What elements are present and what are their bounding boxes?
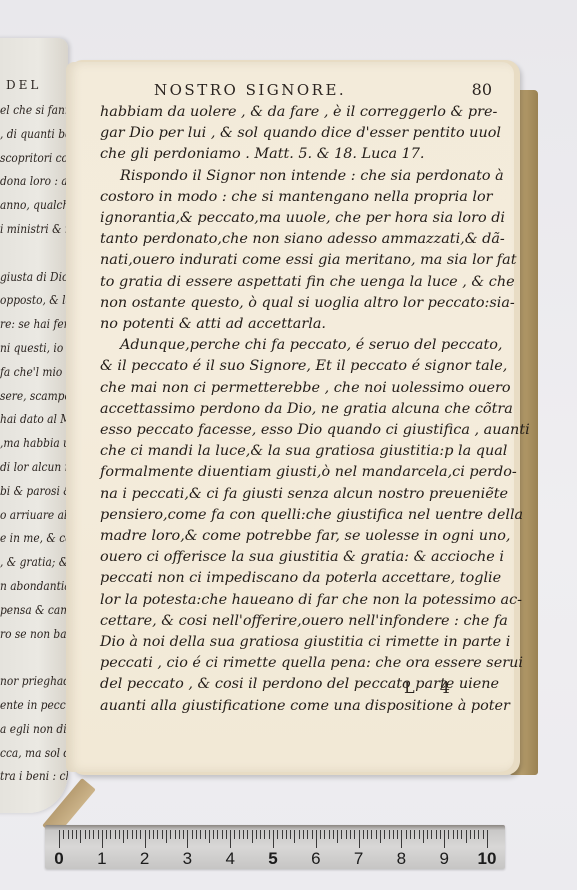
ruler-tick bbox=[363, 830, 364, 839]
text-line: to gratia di essere aspettati fin che ue… bbox=[100, 272, 490, 293]
ruler-tick bbox=[149, 830, 150, 839]
text-line: ouero ci offerisce la sua giustitia & gr… bbox=[100, 547, 490, 568]
left-text-line: opposto, & la ba bbox=[0, 292, 68, 307]
ruler-tick bbox=[384, 830, 385, 839]
text-line: auanti alla giustificatione come una dis… bbox=[100, 696, 490, 717]
ruler-tick bbox=[367, 830, 368, 839]
ruler-tick bbox=[312, 830, 313, 839]
left-text-line: , & gratia; & bbox=[0, 554, 68, 569]
ruler-tick bbox=[453, 830, 454, 839]
ruler-tick bbox=[123, 830, 124, 843]
ruler-tick bbox=[209, 830, 210, 843]
ruler-tick bbox=[294, 830, 295, 843]
ruler-tick bbox=[213, 830, 214, 839]
ruler-tick bbox=[346, 830, 347, 839]
text-line: che mai non ci permetterebbe , che noi u… bbox=[100, 378, 490, 399]
left-text-line: fa che'l mio porta bbox=[0, 364, 68, 379]
ruler-tick bbox=[226, 830, 227, 839]
ruler-tick bbox=[410, 830, 411, 839]
ruler-tick bbox=[89, 830, 90, 839]
ruler-tick bbox=[277, 830, 278, 839]
ruler-tick bbox=[427, 830, 428, 839]
ruler-tick bbox=[166, 830, 167, 843]
left-text-line: giusta di Dio uen bbox=[0, 269, 68, 284]
ruler-tick bbox=[393, 830, 394, 839]
left-text-line: n abondantia lo bbox=[0, 578, 68, 593]
ruler-tick bbox=[461, 830, 462, 839]
ruler-tick bbox=[470, 830, 471, 839]
left-text-line: scopritori con que bbox=[0, 150, 68, 165]
text-line: esso peccato facesse, esso Dio quando ci… bbox=[100, 420, 490, 441]
ruler-tick bbox=[440, 830, 441, 839]
ruler-tick bbox=[256, 830, 257, 839]
running-head: NOSTRO SIGNORE. 80 bbox=[154, 80, 494, 99]
ruler-label: 1 bbox=[92, 849, 112, 869]
ruler-tick bbox=[423, 830, 424, 843]
ruler-tick bbox=[487, 830, 488, 848]
left-text-line: pensa & cambi bbox=[0, 602, 68, 617]
ruler-tick bbox=[483, 830, 484, 839]
ruler-tick bbox=[132, 830, 133, 839]
folio-number: 80 bbox=[472, 80, 492, 99]
text-line: peccati , cio é ci rimette quella pena: … bbox=[100, 653, 490, 674]
right-page: NOSTRO SIGNORE. 80 habbiam da uolere , &… bbox=[66, 62, 514, 772]
text-line: ignorantia,& peccato,ma uuole, che per h… bbox=[100, 208, 490, 229]
text-line: costoro in modo : che si mantengano nell… bbox=[100, 187, 490, 208]
ruler-tick bbox=[72, 830, 73, 839]
ruler-tick bbox=[85, 830, 86, 839]
ruler-tick bbox=[299, 830, 300, 839]
ruler-tick bbox=[350, 830, 351, 839]
left-page: DEL el che si fanno, nõ, di quanti beni … bbox=[0, 38, 68, 813]
ruler-tick bbox=[307, 830, 308, 839]
ruler-tick bbox=[239, 830, 240, 839]
ruler-tick bbox=[290, 830, 291, 839]
ruler-tick bbox=[63, 830, 64, 839]
left-text-line: e in me, & cosi bbox=[0, 530, 68, 545]
ruler-label: 6 bbox=[306, 849, 326, 869]
text-line: pensiero,come fa con quelli:che giustifi… bbox=[100, 505, 490, 526]
ruler-tick bbox=[106, 830, 107, 839]
ruler-tick bbox=[431, 830, 432, 839]
left-running-head: DEL bbox=[6, 78, 41, 92]
ruler-label: 4 bbox=[220, 849, 240, 869]
left-text-line: di lor alcun ma bbox=[0, 459, 68, 474]
ruler-label: 5 bbox=[263, 849, 283, 869]
text-line: formalmente diuentiam giusti,ò nel manda… bbox=[100, 462, 490, 483]
text-line: peccati non ci impediscano da poterla ac… bbox=[100, 568, 490, 589]
ruler-tick bbox=[376, 830, 377, 839]
ruler-tick bbox=[183, 830, 184, 839]
ruler-tick bbox=[98, 830, 99, 839]
text-line: lor la potesta:che haueano di far che no… bbox=[100, 590, 490, 611]
ruler-tick bbox=[397, 830, 398, 839]
ruler-tick bbox=[115, 830, 116, 839]
ruler-tick bbox=[153, 830, 154, 839]
ruler-label: 2 bbox=[135, 849, 155, 869]
signature-mark: L 4 bbox=[404, 678, 460, 697]
ruler-tick bbox=[145, 830, 146, 848]
ruler-tick bbox=[333, 830, 334, 839]
ruler-tick bbox=[389, 830, 390, 839]
text-line: Dio à noi della sua gratiosa giustitia c… bbox=[100, 632, 490, 653]
ruler-tick bbox=[93, 830, 94, 839]
ruler-tick bbox=[140, 830, 141, 839]
ruler-tick bbox=[466, 830, 467, 843]
ruler-tick bbox=[414, 830, 415, 839]
left-text-line: bi & parosi & bbox=[0, 483, 68, 498]
text-line: madre loro,& come potrebbe far, se uoles… bbox=[100, 526, 490, 547]
ruler-tick bbox=[401, 830, 402, 848]
left-text-line: re: se hai ferito, & bbox=[0, 316, 68, 331]
ruler-tick bbox=[269, 830, 270, 839]
ruler-tick bbox=[127, 830, 128, 839]
text-line: gar Dio per lui , & sol quando dice d'es… bbox=[100, 123, 490, 144]
ruler-tick bbox=[406, 830, 407, 839]
ruler-label: 8 bbox=[391, 849, 411, 869]
text-line: tanto perdonato,che non siano adesso amm… bbox=[100, 229, 490, 250]
ruler-tick bbox=[419, 830, 420, 839]
ruler-tick bbox=[457, 830, 458, 839]
ruler-tick bbox=[80, 830, 81, 843]
ruler-tick bbox=[371, 830, 372, 839]
left-text-line: nor prieghadi bbox=[0, 673, 68, 688]
ruler-tick bbox=[320, 830, 321, 839]
ruler-tick bbox=[303, 830, 304, 839]
ruler-tick bbox=[217, 830, 218, 839]
ruler-tick bbox=[329, 830, 330, 839]
left-text-line: el che si fanno, nõ bbox=[0, 102, 68, 117]
ruler-tick bbox=[119, 830, 120, 839]
left-text-line: ni questi, io non m bbox=[0, 340, 68, 355]
ruler-tick bbox=[478, 830, 479, 839]
ruler-ticks bbox=[45, 830, 505, 850]
ruler-tick bbox=[196, 830, 197, 839]
ruler-tick bbox=[179, 830, 180, 839]
ruler-tick bbox=[282, 830, 283, 839]
ruler-label: 3 bbox=[177, 849, 197, 869]
ruler-label: 7 bbox=[349, 849, 369, 869]
ruler-tick bbox=[260, 830, 261, 839]
ruler-tick bbox=[448, 830, 449, 839]
ruler-tick bbox=[76, 830, 77, 839]
left-text-line: cca, ma sol dic bbox=[0, 745, 68, 760]
ruler-tick bbox=[170, 830, 171, 839]
text-line: no potenti & atti ad accettarla. bbox=[100, 314, 490, 335]
text-line: & il peccato é il suo Signore, Et il pec… bbox=[100, 356, 490, 377]
ruler-tick bbox=[337, 830, 338, 843]
ruler-tick bbox=[187, 830, 188, 848]
ruler-label: 9 bbox=[434, 849, 454, 869]
ruler-label: 10 bbox=[477, 849, 497, 869]
ruler-tick bbox=[474, 830, 475, 839]
text-line: che gli perdoniamo . Matt. 5. & 18. Luca… bbox=[100, 144, 490, 165]
text-line: cettare, & cosi nell'offerire,ouero nell… bbox=[100, 611, 490, 632]
left-text-line: dona loro : accioch bbox=[0, 173, 68, 188]
ruler-tick bbox=[354, 830, 355, 839]
text-line: che ci mandi la luce,& la sua gratiosa g… bbox=[100, 441, 490, 462]
ruler-tick bbox=[110, 830, 111, 839]
ruler-tick bbox=[59, 830, 60, 848]
ruler-tick bbox=[286, 830, 287, 839]
ruler-tick bbox=[205, 830, 206, 839]
ruler-tick bbox=[200, 830, 201, 839]
ruler-tick bbox=[157, 830, 158, 839]
scale-ruler: 012345678910 bbox=[45, 825, 505, 869]
ruler-tick bbox=[234, 830, 235, 839]
ruler-tick bbox=[243, 830, 244, 839]
ruler-tick bbox=[252, 830, 253, 843]
left-text-line: sere, scampo da bbox=[0, 388, 68, 403]
left-text-line: o arriuare alcu bbox=[0, 507, 68, 522]
ruler-tick bbox=[162, 830, 163, 839]
left-text-line: anno, qualche bu bbox=[0, 197, 68, 212]
ruler-tick bbox=[175, 830, 176, 839]
text-line: na i peccati,& ci fa giusti senza alcun … bbox=[100, 484, 490, 505]
text-line: Rispondo il Signor non intende : che sia… bbox=[100, 166, 490, 187]
ruler-tick bbox=[444, 830, 445, 848]
body-text: habbiam da uolere , & da fare , è il cor… bbox=[100, 102, 490, 717]
left-text-line: ro se non bast bbox=[0, 626, 68, 641]
ruler-tick bbox=[264, 830, 265, 839]
left-text-line: a egli non dic bbox=[0, 721, 68, 736]
ruler-tick bbox=[102, 830, 103, 848]
ruler-tick bbox=[436, 830, 437, 839]
text-line: non ostante questo, ò qual si uoglia alt… bbox=[100, 293, 490, 314]
left-text-line: hai dato al Mon bbox=[0, 411, 68, 426]
ruler-tick bbox=[273, 830, 274, 848]
left-text-line: ente in peccat bbox=[0, 697, 68, 712]
ruler-tick bbox=[136, 830, 137, 839]
ruler-tick bbox=[341, 830, 342, 839]
left-text-line: i ministri & mini bbox=[0, 221, 68, 236]
ruler-tick bbox=[247, 830, 248, 839]
text-line: nati,ouero indurati come essi gia merita… bbox=[100, 250, 490, 271]
ruler-tick bbox=[359, 830, 360, 848]
ruler-tick bbox=[222, 830, 223, 839]
ruler-tick bbox=[68, 830, 69, 839]
left-text-line: , di quanti beni su bbox=[0, 126, 68, 141]
left-text-line: ,ma habbia uita bbox=[0, 435, 68, 450]
ruler-tick bbox=[192, 830, 193, 839]
ruler-tick bbox=[230, 830, 231, 848]
text-line: Adunque,perche chi fa peccato, é seruo d… bbox=[100, 335, 490, 356]
running-head-title: NOSTRO SIGNORE. bbox=[154, 81, 346, 99]
text-line: habbiam da uolere , & da fare , è il cor… bbox=[100, 102, 490, 123]
ruler-tick bbox=[324, 830, 325, 839]
ruler-tick bbox=[316, 830, 317, 848]
ruler-label: 0 bbox=[49, 849, 69, 869]
left-text-line: tra i beni : che bbox=[0, 768, 68, 783]
ruler-tick bbox=[380, 830, 381, 843]
text-line: accettassimo perdono da Dio, ne gratia a… bbox=[100, 399, 490, 420]
